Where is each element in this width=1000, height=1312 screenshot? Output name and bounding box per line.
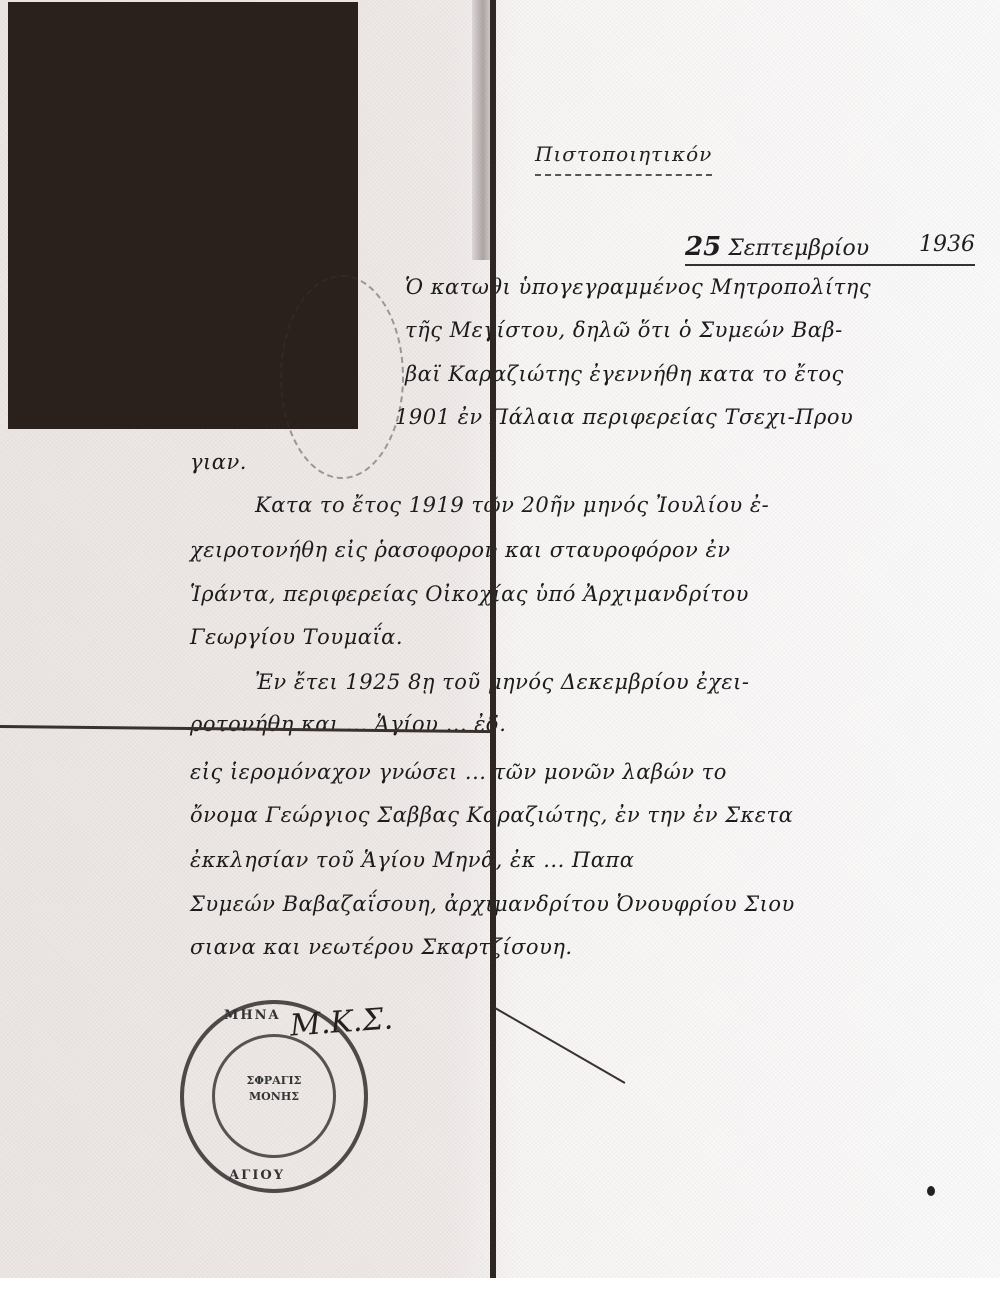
date-day: 25 [685,232,721,262]
stamp-ring-bottom-text: ΑΓΙΟΥ [229,1168,285,1183]
body-line: ἐκκλησίαν τοῦ Ἁγίου Μηνᾶ, ἐκ ... Παπα [190,848,634,872]
body-line: Γεωργίου Τουμαΐα. [190,625,403,649]
stamp-ring-top-text: ΜΗΝΑ [224,1008,281,1023]
vertical-fold-crease [490,0,496,1278]
diagonal-crease [495,1007,626,1084]
body-line: Κατα το ἔτος 1919 τῶν 20ῆν μηνός Ἰουλίου… [255,493,769,517]
ink-spot [927,1186,935,1196]
body-line: εἰς ἱερομόναχον γνώσει ... τῶν μονῶν λαβ… [190,760,727,784]
date-month: Σεπτεμβρίου [728,236,869,261]
handwritten-signature: Μ.Κ.Σ. [289,1001,394,1043]
body-line: 1901 ἐν Πάλαια περιφερείας Τσεχι-Πρου [395,405,853,429]
body-line: βαϊ Καραζιώτης ἐγεννήθη κατα το ἔτος [405,362,844,386]
document-title: Πιστοποιητικόν [535,142,712,176]
stamp-center-text: ΣΦΡΑΓΙΣ ΜΟΝΗΣ [237,1073,311,1105]
body-line: Ἱράντα, περιφερείας Οἰκοχίας ὑπό Ἀρχιμαν… [190,582,749,606]
body-line: τῆς Μεγίστου, δηλῶ ὅτι ὁ Συμεών Βαβ- [405,318,843,342]
body-line: χειροτονήθη εἰς ῥασοφορον και σταυροφόρο… [190,538,731,562]
body-line: σιανα και νεωτέρου Σκαρτζίσουη. [190,935,573,959]
stamp-inner-circle: ΣΦΡΑΓΙΣ ΜΟΝΗΣ [212,1034,336,1158]
body-line: Ὁ κατωθι ὑπογεγραμμένος Μητροπολίτης [405,275,871,299]
date-year: 1936 [919,232,975,257]
scanned-certificate-page: Πιστοποιητικόν 25 Σεπτεμβρίου 1936 Ὁ κατ… [0,0,1000,1278]
document-date: 25 Σεπτεμβρίου 1936 [685,232,975,266]
faded-upper-stamp [280,275,404,479]
body-line: γιαν. [190,450,247,474]
body-line: Ἐν ἔτει 1925 8ῃ τοῦ μηνός Δεκεμβρίου ἐχε… [255,670,749,694]
